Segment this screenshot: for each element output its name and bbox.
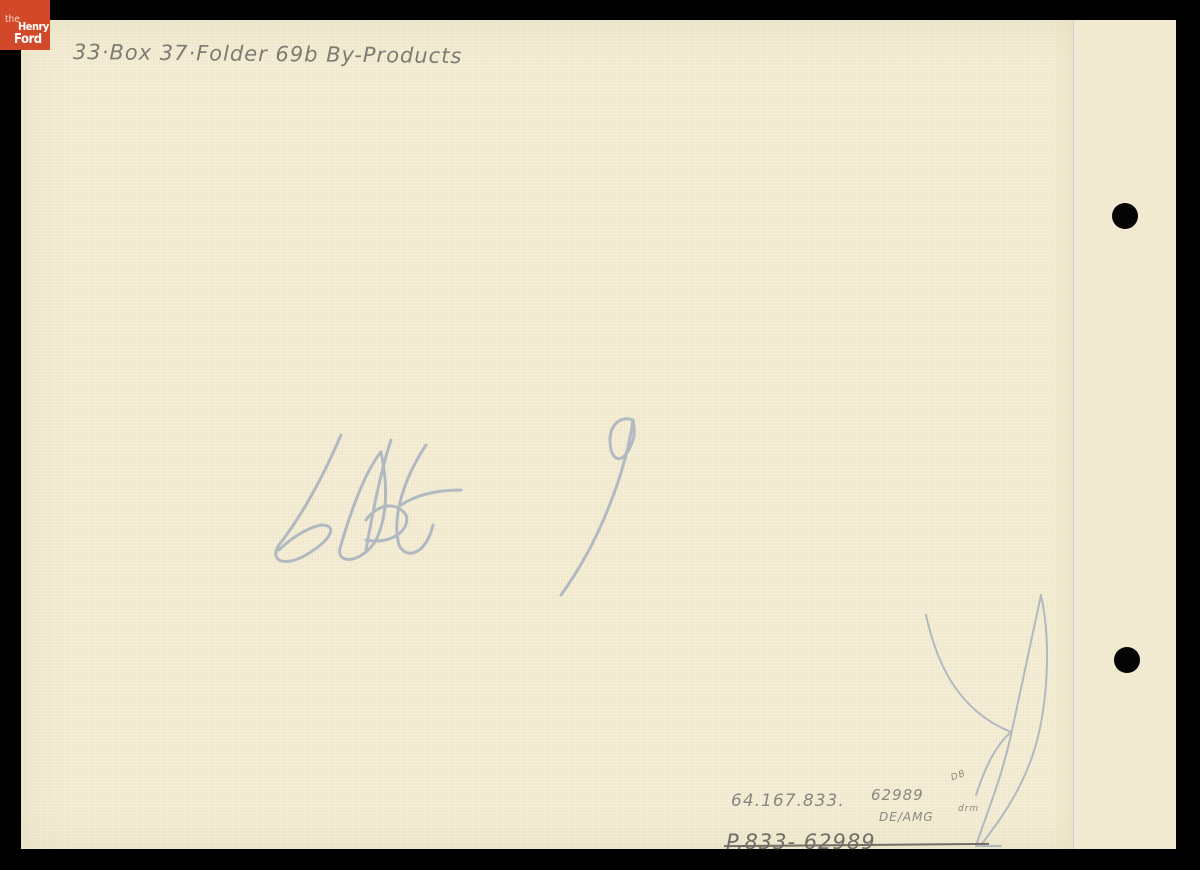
catalog-number: 64.167.833.	[731, 791, 845, 811]
large-pencil-number-62989	[21, 20, 1175, 849]
archive-scan-viewer: the Henry Ford 33·Box 37·Folder 69b By-P…	[0, 0, 1200, 870]
old-number-struck: P.833- 62989	[726, 830, 876, 854]
henry-ford-logo[interactable]: the Henry Ford	[0, 0, 50, 50]
logo-text-ford: Ford	[14, 33, 42, 46]
catalog-id: 62989	[871, 786, 924, 804]
initials-de-amg: DE/AMG	[879, 810, 934, 824]
document-page: 33·Box 37·Folder 69b By-Products	[21, 20, 1175, 849]
initials-drm: drm	[958, 804, 979, 814]
logo-text-henry: Henry	[18, 21, 49, 32]
large-pencil-mark-d	[926, 595, 1047, 846]
